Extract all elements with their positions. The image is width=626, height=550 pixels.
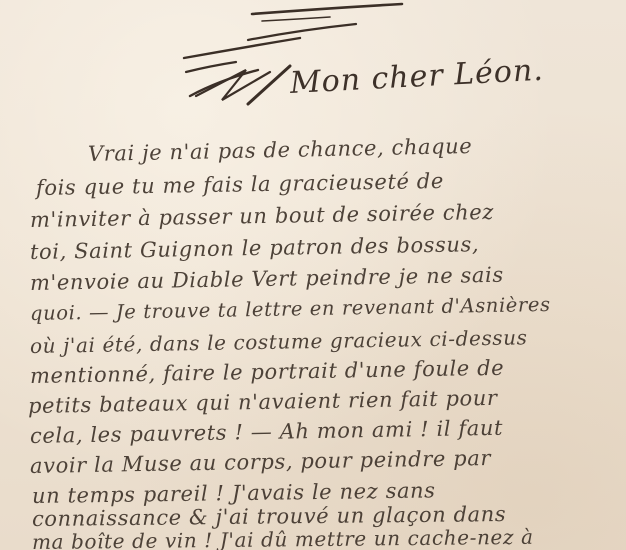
letter-line-4: toi, Saint Guignon le patron des bossus, [30, 232, 480, 264]
letter-line-11: avoir la Muse au corps, pour peindre par [30, 446, 491, 478]
letter-line-1: Vrai je n'ai pas de chance, chaque [88, 134, 473, 166]
letter-line-10: cela, les pauvrets ! — Ah mon ami ! il f… [30, 416, 503, 448]
letter-line-6: quoi. — Je trouve ta lettre en revenant … [30, 293, 551, 325]
letter-salutation: Mon cher Léon. [289, 53, 544, 101]
letter-line-9: petits bateaux qui n'avaient rien fait p… [28, 386, 498, 418]
letter-line-7: où j'ai été, dans le costume gracieux ci… [30, 325, 528, 358]
letter-page: Mon cher Léon. Vrai je n'ai pas de chanc… [0, 0, 626, 550]
letter-line-2: fois que tu me fais la gracieuseté de [36, 169, 444, 200]
letter-line-5: m'envoie au Diable Vert peindre je ne sa… [30, 263, 504, 295]
letter-line-8: mentionné, faire le portrait d'une foule… [30, 356, 505, 388]
letter-line-14: ma boîte de vin ! J'ai dû mettre un cach… [32, 525, 534, 550]
letter-line-3: m'inviter à passer un bout de soirée che… [30, 200, 494, 232]
